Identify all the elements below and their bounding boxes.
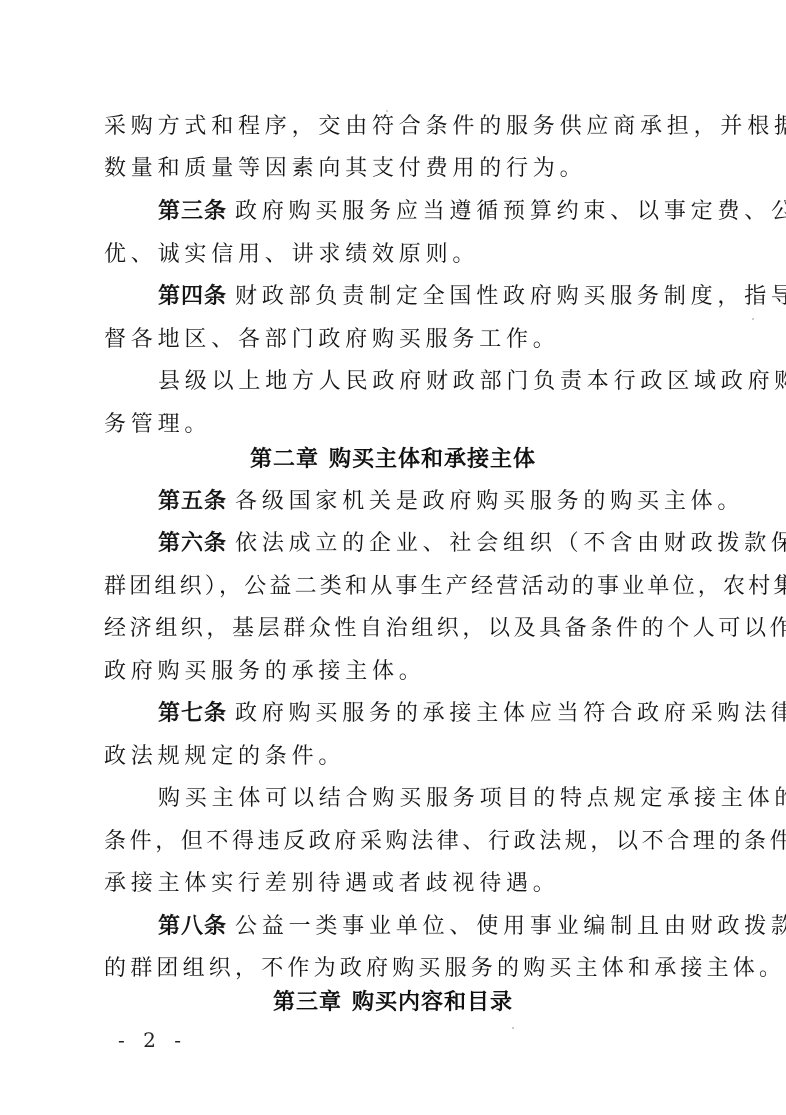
scan-speck	[512, 1027, 514, 1029]
line-text: 数量和质量等因素向其支付费用的行为。	[104, 156, 586, 181]
chapter-number: 第三章	[273, 990, 342, 1015]
line-text: 务管理。	[104, 412, 211, 437]
paragraph-line: 经济组织，基层群众性自治组织，以及具备条件的个人可以作为	[104, 614, 704, 644]
line-text: 政府购买服务应当遵循预算约束、以事定费、公开择	[235, 199, 786, 224]
paragraph-line: 督各地区、各部门政府购买服务工作。	[104, 325, 704, 355]
article-label: 第三条	[158, 199, 227, 224]
paragraph-line: 数量和质量等因素向其支付费用的行为。	[104, 154, 704, 184]
paragraph-line: 政法规规定的条件。	[104, 742, 704, 772]
page-number: - 2 -	[118, 1028, 187, 1052]
line-text: 群团组织），公益二类和从事生产经营活动的事业单位，农村集体	[104, 574, 786, 599]
document-page: 采购方式和程序，交由符合条件的服务供应商承担，并根据服务 数量和质量等因素向其支…	[0, 0, 786, 1115]
line-text: 政府购买服务的承接主体。	[104, 659, 426, 684]
chapter-number: 第二章	[250, 447, 319, 472]
line-text: 政法规规定的条件。	[104, 744, 345, 769]
article-7-line: 第七条政府购买服务的承接主体应当符合政府采购法律、行	[158, 699, 758, 729]
chapter-title: 购买内容和目录	[352, 990, 513, 1015]
line-text: 财政部负责制定全国性政府购买服务制度，指导和监	[235, 284, 786, 309]
article-8-line: 第八条公益一类事业单位、使用事业编制且由财政拨款保障	[158, 912, 758, 942]
paragraph-line: 县级以上地方人民政府财政部门负责本行政区域政府购买服	[158, 367, 758, 397]
paragraph-line: 采购方式和程序，交由符合条件的服务供应商承担，并根据服务	[104, 112, 704, 142]
paragraph-line: 群团组织），公益二类和从事生产经营活动的事业单位，农村集体	[104, 572, 704, 602]
line-text: 的群团组织，不作为政府购买服务的购买主体和承接主体。	[104, 956, 785, 981]
paragraph-line: 优、诚实信用、讲求绩效原则。	[104, 240, 704, 270]
line-text: 采购方式和程序，交由符合条件的服务供应商承担，并根据服务	[104, 114, 786, 139]
chapter-3-heading: 第三章购买内容和目录	[0, 987, 786, 1019]
article-3-line: 第三条政府购买服务应当遵循预算约束、以事定费、公开择	[158, 197, 758, 227]
article-4-line: 第四条财政部负责制定全国性政府购买服务制度，指导和监	[158, 282, 758, 312]
line-text: 督各地区、各部门政府购买服务工作。	[104, 327, 560, 352]
line-text: 县级以上地方人民政府财政部门负责本行政区域政府购买服	[158, 369, 786, 394]
paragraph-line: 条件，但不得违反政府采购法律、行政法规，以不合理的条件对	[104, 827, 704, 857]
article-label: 第六条	[158, 531, 227, 556]
article-label: 第八条	[158, 914, 227, 939]
article-label: 第五条	[158, 489, 227, 514]
line-text: 优、诚实信用、讲求绩效原则。	[104, 242, 479, 267]
line-text: 经济组织，基层群众性自治组织，以及具备条件的个人可以作为	[104, 616, 786, 641]
article-label: 第七条	[158, 701, 227, 726]
paragraph-line: 购买主体可以结合购买服务项目的特点规定承接主体的具体	[158, 784, 758, 814]
article-6-line: 第六条依法成立的企业、社会组织（不含由财政拨款保障的	[158, 529, 758, 559]
line-text: 依法成立的企业、社会组织（不含由财政拨款保障的	[235, 531, 786, 556]
line-text: 各级国家机关是政府购买服务的购买主体。	[235, 489, 744, 514]
line-text: 购买主体可以结合购买服务项目的特点规定承接主体的具体	[158, 786, 786, 811]
paragraph-line: 务管理。	[104, 410, 704, 440]
line-text: 承接主体实行差别待遇或者歧视待遇。	[104, 871, 560, 896]
article-5-line: 第五条各级国家机关是政府购买服务的购买主体。	[158, 487, 758, 517]
scan-speck	[752, 318, 754, 320]
chapter-title: 购买主体和承接主体	[329, 447, 536, 472]
paragraph-line: 的群团组织，不作为政府购买服务的购买主体和承接主体。	[104, 954, 704, 984]
scan-speck	[386, 110, 388, 112]
paragraph-line: 政府购买服务的承接主体。	[104, 657, 704, 687]
paragraph-line: 承接主体实行差别待遇或者歧视待遇。	[104, 869, 704, 899]
article-label: 第四条	[158, 284, 227, 309]
line-text: 条件，但不得违反政府采购法律、行政法规，以不合理的条件对	[104, 829, 786, 854]
line-text: 政府购买服务的承接主体应当符合政府采购法律、行	[235, 701, 786, 726]
chapter-2-heading: 第二章购买主体和承接主体	[0, 444, 786, 476]
line-text: 公益一类事业单位、使用事业编制且由财政拨款保障	[235, 914, 786, 939]
